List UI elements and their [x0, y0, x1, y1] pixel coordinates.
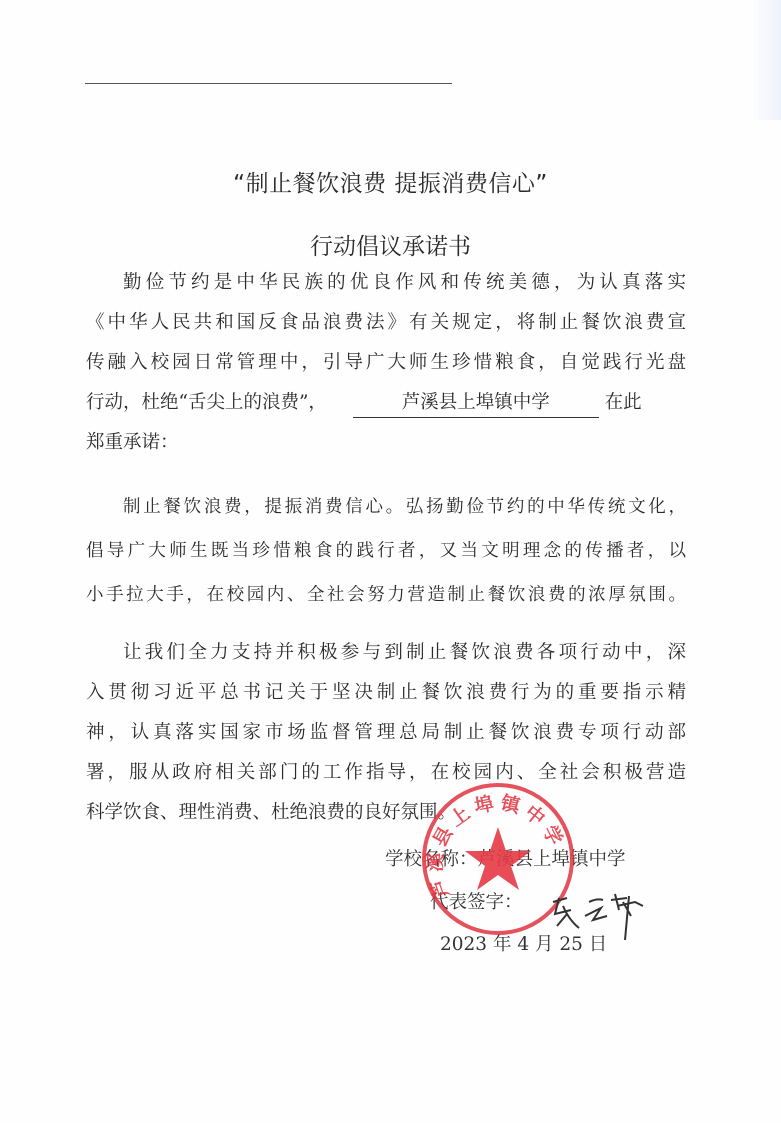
text-line: 神，认真落实国家市场监督管理总局制止餐饮浪费专项行动部 — [86, 713, 686, 753]
paragraph-intro: 勤俭节约是中华民族的优良作风和传统美德，为认真落实 《中华人民共和国反食品浪费法… — [86, 263, 686, 463]
top-rule — [85, 83, 452, 84]
text-line: 传融入校园日常管理中，引导广大师生珍惜粮食，自觉践行光盘 — [86, 343, 686, 383]
line-suffix: 在此 — [605, 392, 642, 413]
text-line: 郑重承诺： — [86, 423, 686, 463]
paragraph-call-to-action: 让我们全力支持并积极参与到制止餐饮浪费各项行动中，深 入贯彻习近平总书记关于坚决… — [86, 633, 686, 833]
text-line: 制止餐饮浪费，提振消费信心。弘扬勤俭节约的中华传统文化， — [86, 485, 686, 529]
text-line: 《中华人民共和国反食品浪费法》有关规定，将制止餐饮浪费宣 — [86, 303, 686, 343]
text-line: 小手拉大手，在校园内、全社会努力营造制止餐饮浪费的浓厚氛围。 — [86, 573, 686, 617]
text-line: 署，服从政府相关部门的工作指导，在校园内、全社会积极营造 — [86, 753, 686, 793]
line-prefix: 行动，杜绝“舌尖上的浪费”， — [86, 392, 327, 413]
text-line: 倡导广大师生既当珍惜粮食的践行者，又当文明理念的传播者，以 — [86, 529, 686, 573]
text-line: 勤俭节约是中华民族的优良作风和传统美德，为认真落实 — [86, 263, 686, 303]
text-line-with-blank: 行动，杜绝“舌尖上的浪费”， 芦溪县上埠镇中学 在此 — [86, 383, 686, 423]
text-line: 入贯彻习近平总书记关于坚决制止餐饮浪费行为的重要指示精 — [86, 673, 686, 713]
document-page: “制止餐饮浪费 提振消费信心” 行动倡议承诺书 勤俭节约是中华民族的优良作风和传… — [0, 0, 781, 1123]
school-name-blank: 芦溪县上埠镇中学 — [353, 389, 599, 418]
document-subtitle: 行动倡议承诺书 — [0, 228, 781, 261]
document-title: “制止餐饮浪费 提振消费信心” — [0, 165, 781, 198]
text-line: 科学饮食、理性消费、杜绝浪费的良好氛围。 — [86, 793, 686, 833]
paragraph-pledge: 制止餐饮浪费，提振消费信心。弘扬勤俭节约的中华传统文化， 倡导广大师生既当珍惜粮… — [86, 485, 686, 617]
handwritten-signature — [545, 880, 655, 950]
text-line: 让我们全力支持并积极参与到制止餐饮浪费各项行动中，深 — [86, 633, 686, 673]
scan-edge-shadow — [751, 0, 781, 120]
